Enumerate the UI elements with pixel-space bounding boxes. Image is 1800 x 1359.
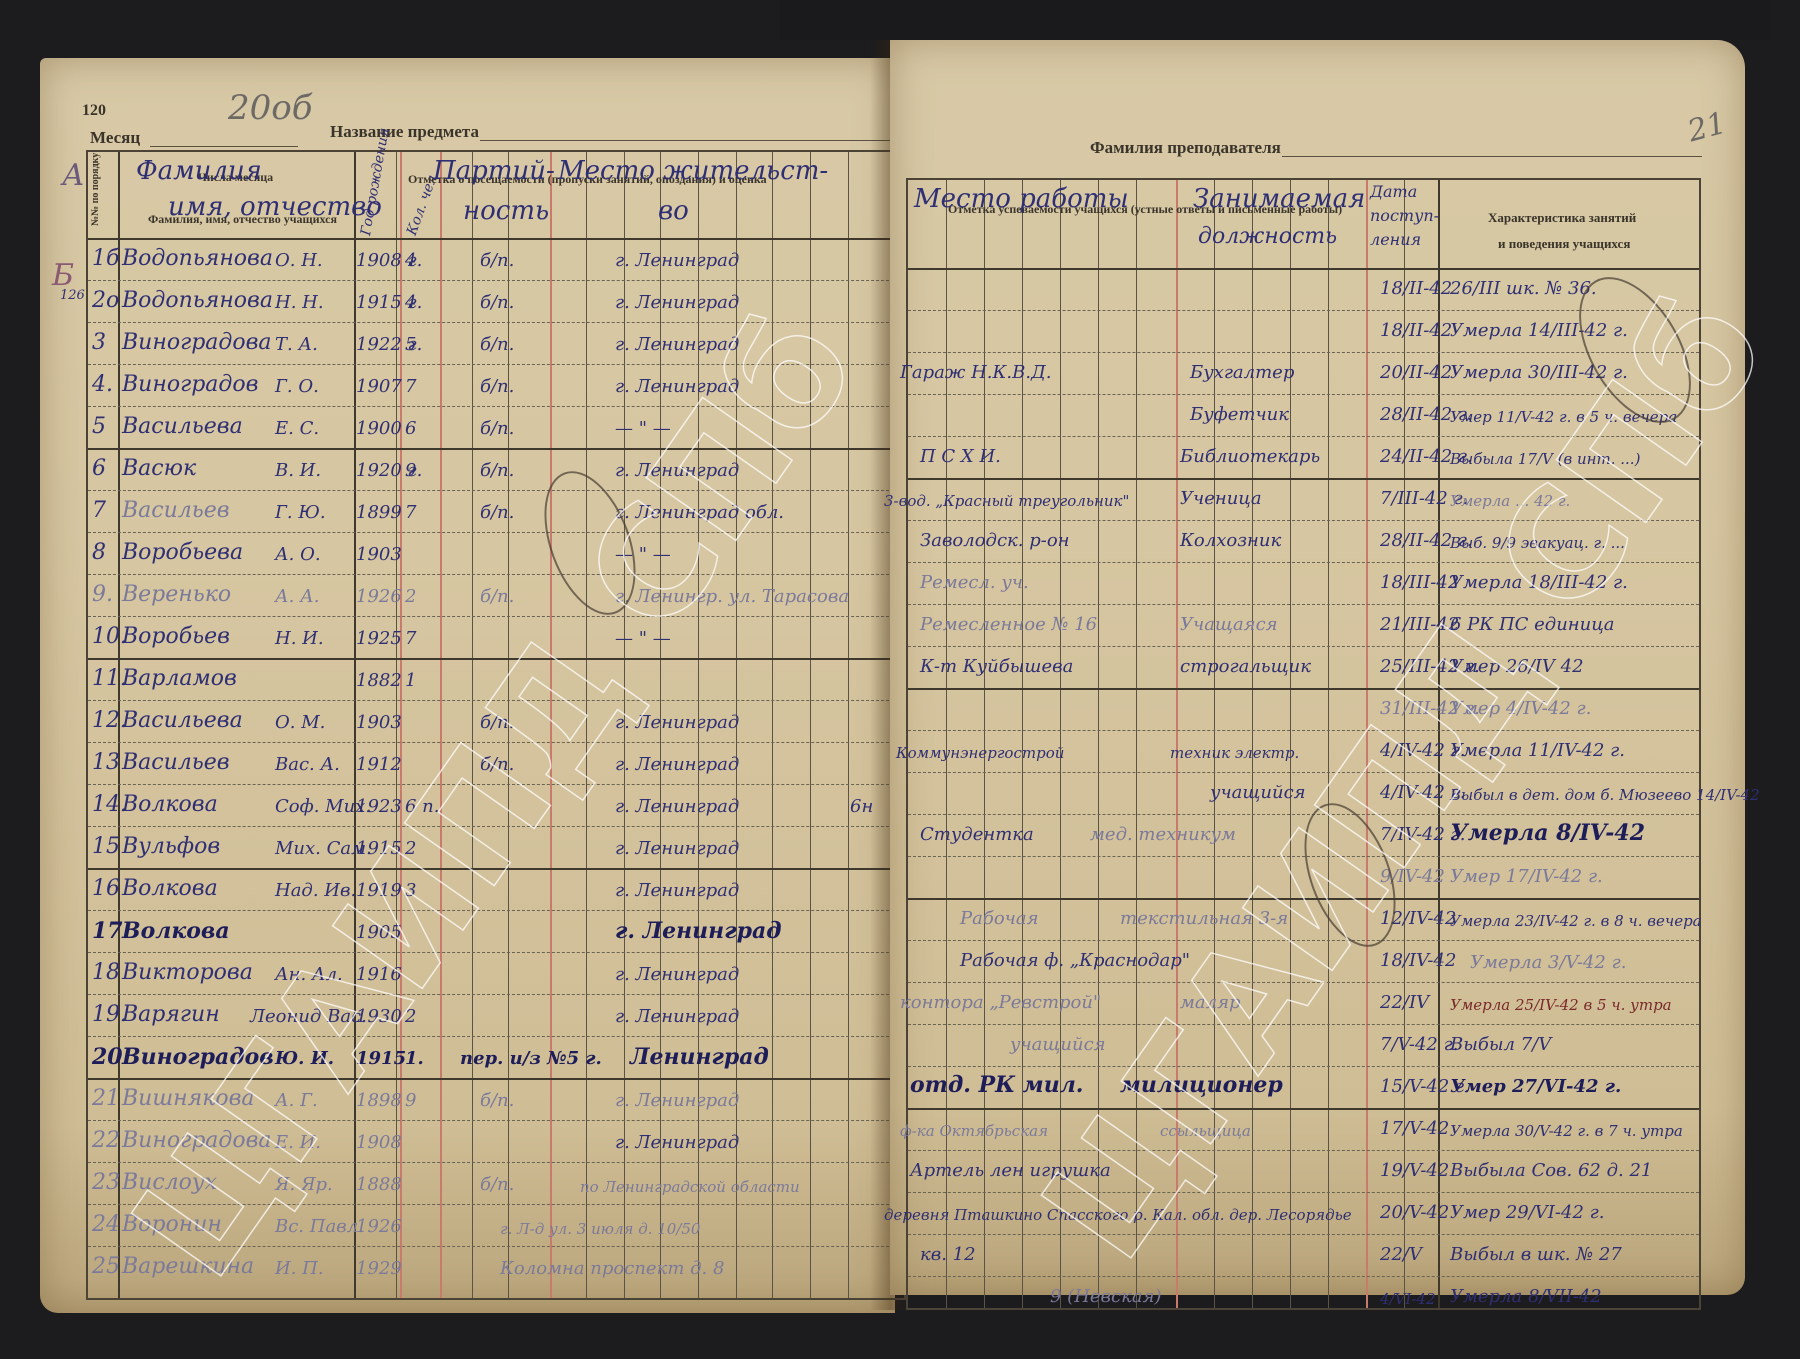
row-residence: г. Ленинград — [615, 962, 739, 988]
row-count: 6 п. — [405, 794, 440, 820]
row-initials: Н. Н. — [275, 290, 324, 316]
row-number: 23 — [92, 1170, 120, 1196]
row-initials: Ан. Ал. — [275, 962, 343, 988]
row-year: 1925 — [356, 626, 402, 652]
col-party-header-2: ность — [463, 196, 549, 226]
row-surname: Викторова — [122, 960, 253, 986]
row-date: 18/II-42 — [1380, 276, 1452, 302]
row-number: 5 — [92, 414, 106, 440]
row-number: 15 — [92, 834, 120, 860]
row-date: 22/IV — [1380, 990, 1429, 1016]
row-number: 18 — [92, 960, 120, 986]
row-count: 5 — [405, 332, 416, 358]
col-notes-header-2: и поведения учащихся — [1498, 236, 1630, 252]
row-party: б/п. — [480, 332, 514, 358]
row-year: 1899 — [356, 500, 402, 526]
row-position: техник электр. — [1170, 740, 1299, 766]
row-surname: Водопьянова — [122, 288, 273, 314]
row-work: Гараж Н.К.В.Д. — [900, 360, 1051, 386]
row-year: 1912 — [356, 752, 402, 778]
row-initials: А. О. — [275, 542, 321, 568]
row-note: Умерла 11/IV-42 г. — [1450, 738, 1625, 764]
row-residence: — " — — [615, 626, 671, 652]
row-year: 1903 — [356, 542, 402, 568]
row-surname: Васильева — [122, 708, 243, 734]
row-note: Умер 26/IV 42 — [1450, 654, 1584, 680]
row-party: б/п. — [480, 416, 514, 442]
row-residence: г. Ленинград — [615, 918, 782, 944]
row-work: Артель лен игрушка — [910, 1158, 1111, 1184]
row-count: 4 — [405, 290, 416, 316]
row-count: 2 — [405, 1004, 416, 1030]
row-surname: Васильева — [122, 414, 243, 440]
printed-year-prefix: 20 — [90, 102, 106, 120]
register-spread: 1 20 20об Месяц Название предмета А Б 12… — [0, 0, 1800, 1359]
row-surname: Варягин — [122, 1002, 220, 1028]
row-note: Выб. 9/9 эвакуац. г. ... — [1450, 530, 1625, 556]
row-position: Колхозник — [1180, 528, 1281, 554]
row-work: Студентка — [920, 822, 1034, 848]
row-date: 17/V-42 — [1380, 1116, 1449, 1142]
row-surname: Волкова — [122, 876, 218, 902]
row-work: деревня Пташкино Спасского р. Кал. обл. … — [884, 1202, 1352, 1228]
row-initials: А. А. — [275, 584, 319, 610]
row-residence: Коломна проспект д. 8 — [500, 1256, 724, 1282]
row-position: Буфетчик — [1190, 402, 1289, 428]
row-residence: г. Ленинград — [615, 458, 739, 484]
row-initials: Е. С. — [275, 416, 319, 442]
row-number: 25 — [92, 1254, 120, 1280]
row-residence: г. Ленинград обл. — [615, 500, 784, 526]
row-number: 13 — [92, 750, 120, 776]
row-initials: Ю. И. — [275, 1046, 334, 1072]
background-strip — [780, 0, 1770, 40]
row-count: 4 — [405, 248, 416, 274]
row-note: Выбыла 17/V (в инт. ...) — [1450, 446, 1640, 472]
row-date: 18/III-42 — [1380, 570, 1459, 596]
row-number: 22 — [92, 1128, 120, 1154]
folio-number: 21 — [1684, 106, 1730, 150]
row-note: Выбыла Сов. 62 д. 21 — [1450, 1158, 1652, 1184]
row-date: 4/VI-42 — [1380, 1286, 1436, 1312]
row-year: 1908 — [356, 1130, 402, 1156]
row-note: 6 РК ПС единица — [1450, 612, 1615, 638]
row-residence: г. Ленинград — [615, 1130, 739, 1156]
row-surname: Волкова — [122, 918, 230, 944]
row-surname: Варешкина — [122, 1254, 254, 1280]
row-note: Умерла 30/V-42 г. в 7 ч. утра — [1450, 1118, 1683, 1144]
row-party: б/п. — [480, 248, 514, 274]
col-position-header-1: Занимаемая — [1193, 184, 1365, 214]
row-year: 1916 — [356, 962, 402, 988]
row-surname: Воробьев — [122, 624, 230, 650]
row-work: 9 (Невская) — [1050, 1284, 1162, 1310]
row-surname: Васюк — [122, 456, 196, 482]
row-initials: В. И. — [275, 458, 321, 484]
row-year: 1915 — [356, 836, 402, 862]
month-label: Месяц — [90, 128, 140, 148]
row-surname: Водопьянова — [122, 246, 273, 272]
row-year: 1929 — [356, 1256, 402, 1282]
row-date: 18/IV-42 — [1380, 948, 1456, 974]
row-date: 20/V-42 — [1380, 1200, 1449, 1226]
row-work: учащийся — [1010, 1032, 1106, 1058]
row-residence: по Ленинградской области — [580, 1174, 800, 1200]
row-initials: А. Г. — [275, 1088, 318, 1114]
row-year: 1923 — [356, 794, 402, 820]
row-year: 1900 — [356, 416, 402, 442]
row-surname: Виноградов — [122, 372, 258, 398]
row-position: текстильная 3-я — [1120, 906, 1288, 932]
row-date: 21/III-42 — [1380, 612, 1459, 638]
row-note: Умер 4/IV-42 г. — [1450, 696, 1591, 722]
row-count: 1 — [405, 668, 416, 694]
row-party: пер. и/з №5 г. — [460, 1046, 602, 1072]
row-note: Умерла 25/IV-42 в 5 ч. утра — [1450, 992, 1672, 1018]
subject-label: Название предмета — [330, 122, 479, 142]
row-number: 1б — [92, 246, 119, 272]
row-residence: г. Ленинград — [615, 836, 739, 862]
row-surname: Волкова — [122, 792, 218, 818]
row-surname: Виноградова — [122, 1128, 272, 1154]
row-work: кв. 12 — [920, 1242, 976, 1268]
row-surname: Вульфов — [122, 834, 220, 860]
row-count: 2 — [405, 584, 416, 610]
printed-page-prefix: 1 — [82, 102, 90, 120]
row-position: Учащаяся — [1180, 612, 1278, 638]
row-work: ф-ка Октябрьская — [900, 1118, 1048, 1144]
row-work: Рабочая — [960, 906, 1039, 932]
row-date: 7/V-42 г. — [1380, 1032, 1458, 1058]
row-year: 1919 — [356, 878, 402, 904]
row-residence: г. Ленинград — [615, 290, 739, 316]
row-note: Умерла 18/III-42 г. — [1450, 570, 1628, 596]
row-position: Ученица — [1180, 486, 1262, 512]
row-position: милиционер — [1120, 1072, 1283, 1098]
row-party: б/п. — [480, 1088, 514, 1114]
row-number: 21 — [92, 1086, 120, 1112]
row-year: 1907 — [356, 374, 402, 400]
row-note: Умерла 23/IV-42 г. в 8 ч. вечера — [1450, 908, 1702, 934]
row-initials: Вас. А. — [275, 752, 340, 778]
row-number: 20 — [92, 1044, 123, 1070]
row-initials: Леонид Вас. — [250, 1004, 367, 1030]
row-year: 1898 — [356, 1088, 402, 1114]
row-year: 1926 — [356, 1214, 402, 1240]
row-initials: И. П. — [275, 1256, 324, 1282]
folio-number: 20об — [228, 88, 313, 128]
row-year: 1915 — [356, 1046, 406, 1072]
row-surname: Воробьева — [122, 540, 243, 566]
row-work: Рабочая ф. „Краснодар" — [960, 948, 1190, 974]
row-count: 7 — [405, 374, 416, 400]
row-surname: Воронин — [122, 1212, 222, 1238]
row-note: Умер 27/VI-42 г. — [1450, 1074, 1621, 1100]
row-residence: г. Ленинград — [615, 1004, 739, 1030]
row-count: 3 — [405, 878, 416, 904]
row-year: 1926 — [356, 584, 402, 610]
row-party: б/п. — [480, 290, 514, 316]
row-count: 2 — [405, 836, 416, 862]
row-note: Умерла ... 42 г. — [1450, 488, 1570, 514]
row-note: Выбыл в дет. дом б. Мюзеево 14/IV-42 — [1450, 782, 1760, 808]
col-residence-header-1: Место жительст- — [558, 156, 828, 186]
row-work: Заволодск. р-он — [920, 528, 1070, 554]
row-position: маляр — [1180, 990, 1241, 1016]
row-initials: Я. Яр. — [275, 1172, 333, 1198]
row-surname: Вислоух — [122, 1170, 217, 1196]
row-residence: г. Ленинград — [615, 374, 739, 400]
row-number: 16 — [92, 876, 120, 902]
row-year: 1905 — [356, 920, 402, 946]
row-residence: г. Ленинград — [615, 710, 739, 736]
col-notes-header-1: Характеристика занятий — [1488, 210, 1636, 226]
left-page: 1 20 20об Месяц Название предмета А Б 12… — [40, 58, 895, 1313]
row-initials: Г. Ю. — [275, 500, 326, 526]
row-surname: Виноградов — [122, 1044, 274, 1070]
row-initials: Н. И. — [275, 626, 324, 652]
row-note: Умер 17/IV-42 г. — [1450, 864, 1603, 890]
col-residence-header-2: во — [658, 196, 689, 226]
row-work: Коммунэнергострой — [896, 740, 1064, 766]
col-position-header-2: должность — [1198, 224, 1337, 249]
right-page: Фамилия преподавателя 21 Отметка успевае… — [890, 40, 1745, 1295]
row-initials: О. М. — [275, 710, 325, 736]
row-date: 19/V-42 — [1380, 1158, 1449, 1184]
row-party: б/п. — [480, 1172, 514, 1198]
row-party: б/п. — [480, 710, 514, 736]
row-residence: г. Ленинград — [615, 332, 739, 358]
row-count: 7 — [405, 500, 416, 526]
row-number: 6 — [92, 456, 106, 482]
row-initials: Вс. Павл. — [275, 1214, 364, 1240]
row-residence: г. Ленинград — [615, 794, 739, 820]
col-date-header-3: ления — [1370, 230, 1421, 249]
row-note: Умерла 8/VII-42 — [1450, 1284, 1602, 1310]
row-position: Бухгалтер — [1190, 360, 1294, 386]
row-surname: Виноградова — [122, 330, 272, 356]
row-position: строгальщик — [1180, 654, 1311, 680]
row-number: 4. — [92, 372, 113, 398]
row-year: 1882 — [356, 668, 402, 694]
row-residence: г. Л-д ул. 3 июля д. 10/50 — [500, 1216, 700, 1242]
col-party-header-1: Партий- — [433, 156, 555, 186]
row-position: мед. техникум — [1090, 822, 1236, 848]
row-residence: г. Ленинград — [615, 878, 739, 904]
row-initials: О. Н. — [275, 248, 323, 274]
row-residence: г. Ленинград — [615, 752, 739, 778]
col-name-hand-header-1: Фамилия — [136, 156, 262, 186]
row-number: 7 — [92, 498, 106, 524]
row-year: 1903 — [356, 710, 402, 736]
row-work: К-т Куйбышева — [920, 654, 1073, 680]
row-number: 9. — [92, 582, 113, 608]
row-number: 8 — [92, 540, 106, 566]
row-initials: Т. А. — [275, 332, 318, 358]
row-position: Библиотекарь — [1180, 444, 1320, 470]
col-work-header: Место работы — [914, 184, 1129, 214]
row-number: 24 — [92, 1212, 120, 1238]
teacher-label: Фамилия преподавателя — [1090, 138, 1281, 158]
row-party: б/п. — [480, 458, 514, 484]
row-surname: Вишнякова — [122, 1086, 255, 1112]
margin-mark-a: А — [62, 158, 85, 193]
row-work: отд. РК мил. — [910, 1072, 1083, 1098]
row-position: учащийся — [1210, 780, 1306, 806]
margin-mark-number: 126 — [60, 288, 85, 303]
row-year: 1888 — [356, 1172, 402, 1198]
row-work: контора „Ревстрой" — [900, 990, 1101, 1016]
row-initials: Г. О. — [275, 374, 319, 400]
row-note: Умер 29/VI-42 г. — [1450, 1200, 1604, 1226]
row-number: 2о — [92, 288, 119, 314]
col-number-header: №№ по порядку — [90, 153, 101, 226]
row-year: 1930 — [356, 1004, 402, 1030]
row-count: 1. — [405, 1046, 424, 1072]
row-residence: г. Ленинград — [615, 1088, 739, 1114]
row-work: 3-вод. „Красный треугольник" — [884, 488, 1129, 514]
row-count: 9 — [405, 1088, 416, 1114]
row-date: 18/II-42 — [1380, 318, 1452, 344]
col-name-hand-header-2: имя, отчество — [168, 192, 382, 222]
row-residence: г. Ленингр. ул. Тарасова — [615, 584, 849, 610]
row-party: б/п. — [480, 374, 514, 400]
row-position: ссыльщица — [1160, 1118, 1251, 1144]
col-date-header-1: Дата — [1370, 182, 1417, 201]
row-date: 20/II-42 — [1380, 360, 1452, 386]
row-count: 9 — [405, 458, 416, 484]
row-number: 17 — [92, 918, 123, 944]
row-work: П С Х И. — [920, 444, 1001, 470]
row-surname: Веренько — [122, 582, 231, 608]
row-surname: Васильев — [122, 498, 230, 524]
row-initials: Над. Ив. — [275, 878, 356, 904]
row-note: Выбыл в шк. № 27 — [1450, 1242, 1622, 1268]
row-number: 3 — [92, 330, 106, 356]
row-note: 26/III шк. № 36. — [1450, 276, 1597, 302]
row-party: б/п. — [480, 752, 514, 778]
col-date-header-2: поступ- — [1370, 206, 1439, 225]
row-residence: г. Ленинград — [615, 248, 739, 274]
row-count: 6 — [405, 416, 416, 442]
row-party: б/п. — [480, 500, 514, 526]
row-work: Ремесл. уч. — [920, 570, 1029, 596]
row-work: Ремесленное № 16 — [920, 612, 1097, 638]
col-year-header: Год рождения — [358, 127, 393, 237]
row-surname: Васильев — [122, 750, 230, 776]
row-surname: Варламов — [122, 666, 237, 692]
row-note: Умерла 3/V-42 г. — [1470, 950, 1626, 976]
row-residence: Ленинград — [630, 1044, 769, 1070]
row-note: Выбыл 7/V — [1450, 1032, 1551, 1058]
row-date: 22/V — [1380, 1242, 1422, 1268]
row-note: Умерла 8/IV-42 — [1450, 820, 1645, 846]
row-count: 7 — [405, 626, 416, 652]
row-party: б/п. — [480, 584, 514, 610]
row-initials: Е. И. — [275, 1130, 321, 1156]
row-residence: — " — — [615, 416, 671, 442]
